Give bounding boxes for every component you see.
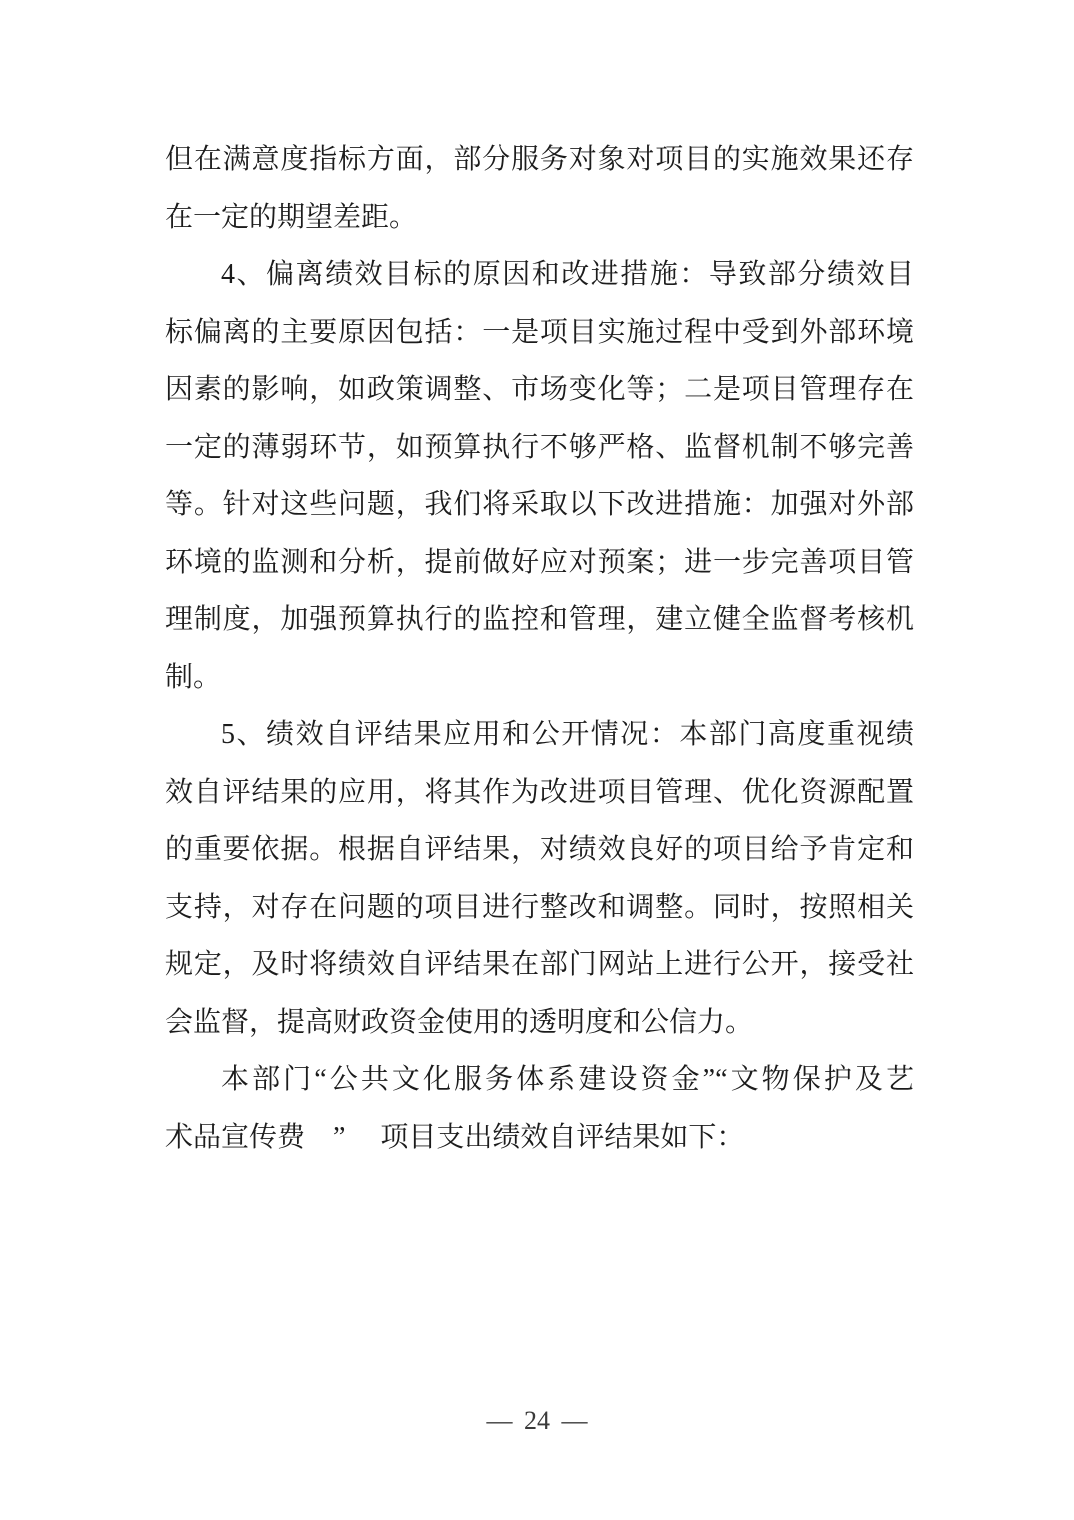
text-line: 本部门“公共文化服务体系建设资金”“文物保护及艺 — [165, 1051, 914, 1109]
text-line: 理制度，加强预算执行的监控和管理，建立健全监督考核机 — [165, 591, 914, 649]
text-line: 4、偏离绩效目标的原因和改进措施：导致部分绩效目 — [165, 246, 914, 304]
document-page: 但在满意度指标方面，部分服务对象对项目的实施效果还存 在一定的期望差距。 4、偏… — [0, 0, 1074, 1520]
text-line: 5、绩效自评结果应用和公开情况：本部门高度重视绩 — [165, 706, 914, 764]
document-text: 但在满意度指标方面，部分服务对象对项目的实施效果还存 在一定的期望差距。 4、偏… — [165, 131, 914, 1166]
text-line: 因素的影响，如政策调整、市场变化等；二是项目管理存在 — [165, 361, 914, 419]
text-line: 在一定的期望差距。 — [165, 189, 914, 247]
text-line: 制。 — [165, 649, 914, 707]
text-line: 会监督，提高财政资金使用的透明度和公信力。 — [165, 994, 914, 1052]
text-line: 效自评结果的应用，将其作为改进项目管理、优化资源配置 — [165, 764, 914, 822]
text-line: 但在满意度指标方面，部分服务对象对项目的实施效果还存 — [165, 131, 914, 189]
text-line: 等。针对这些问题，我们将采取以下改进措施：加强对外部 — [165, 476, 914, 534]
text-line: 标偏离的主要原因包括：一是项目实施过程中受到外部环境 — [165, 304, 914, 362]
text-line: 一定的薄弱环节，如预算执行不够严格、监督机制不够完善 — [165, 419, 914, 477]
text-line: 规定，及时将绩效自评结果在部门网站上进行公开，接受社 — [165, 936, 914, 994]
page-number-footer: — 24 — — [0, 1404, 1074, 1438]
text-line: 的重要依据。根据自评结果，对绩效良好的项目给予肯定和 — [165, 821, 914, 879]
text-line: 支持，对存在问题的项目进行整改和调整。同时，按照相关 — [165, 879, 914, 937]
text-line: 环境的监测和分析，提前做好应对预案；进一步完善项目管 — [165, 534, 914, 592]
text-line: 术品宣传费 ” 项目支出绩效自评结果如下： — [165, 1109, 914, 1167]
